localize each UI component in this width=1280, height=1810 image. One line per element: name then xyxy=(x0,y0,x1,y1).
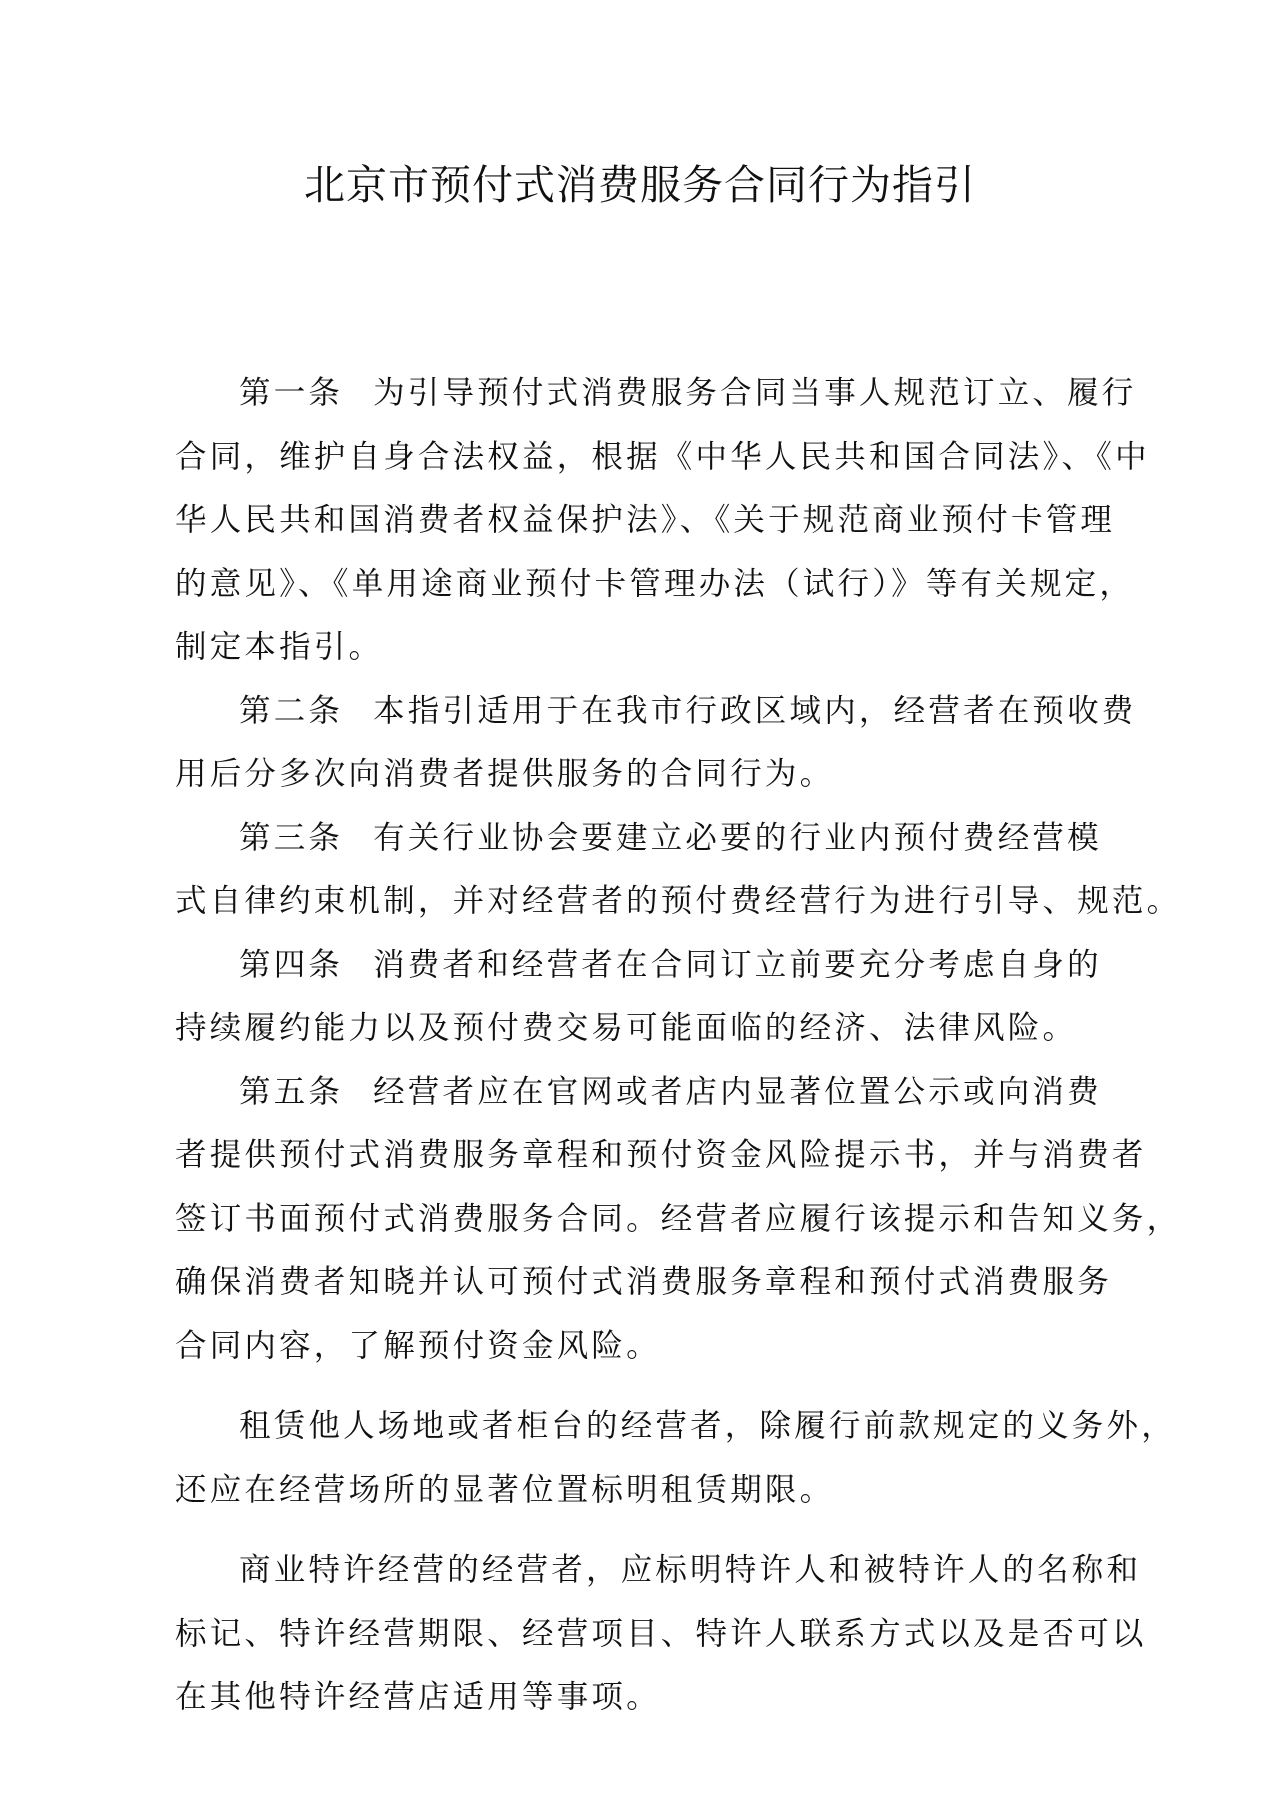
line-text: 有关行业协会要建立必要的行业内预付费经营模 xyxy=(373,820,1102,856)
line-text: 消费者和经营者在合同订立前要充分考虑自身的 xyxy=(373,947,1102,983)
paragraph-line: 的意见》、《单用途商业预付卡管理办法（试行）》等有关规定， xyxy=(175,553,1115,617)
paragraph-line: 合同，维护自身合法权益，根据《中华人民共和国合同法》、《中 xyxy=(175,426,1115,490)
article-label: 第三条 xyxy=(239,820,343,856)
article-label: 第五条 xyxy=(239,1074,343,1110)
article-5: 第五条经营者应在官网或者店内显著位置公示或向消费 者提供预付式消费服务章程和预付… xyxy=(175,1061,1115,1379)
paragraph-line: 确保消费者知晓并认可预付式消费服务章程和预付式消费服务 xyxy=(175,1251,1115,1315)
article-label: 第二条 xyxy=(239,693,343,729)
paragraph-line: 第三条有关行业协会要建立必要的行业内预付费经营模 xyxy=(175,807,1115,871)
paragraph-line: 还应在经营场所的显著位置标明租赁期限。 xyxy=(175,1459,1115,1523)
paragraph-line: 在其他特许经营店适用等事项。 xyxy=(175,1666,1115,1730)
document-title: 北京市预付式消费服务合同行为指引 xyxy=(0,158,1280,212)
article-3: 第三条有关行业协会要建立必要的行业内预付费经营模 式自律约束机制，并对经营者的预… xyxy=(175,807,1115,934)
article-label: 第四条 xyxy=(239,947,343,983)
paragraph-line: 第四条消费者和经营者在合同订立前要充分考虑自身的 xyxy=(175,934,1115,998)
paragraph-line: 制定本指引。 xyxy=(175,616,1115,680)
paragraph-line: 商业特许经营的经营者，应标明特许人和被特许人的名称和 xyxy=(175,1539,1115,1603)
document-body: 第一条为引导预付式消费服务合同当事人规范订立、履行 合同，维护自身合法权益，根据… xyxy=(175,362,1115,1730)
paragraph-line: 第五条经营者应在官网或者店内显著位置公示或向消费 xyxy=(175,1061,1115,1125)
paragraph-line: 式自律约束机制，并对经营者的预付费经营行为进行引导、规范。 xyxy=(175,870,1115,934)
paragraph-line: 持续履约能力以及预付费交易可能面临的经济、法律风险。 xyxy=(175,997,1115,1061)
article-5-clause-2: 租赁他人场地或者柜台的经营者，除履行前款规定的义务外， 还应在经营场所的显著位置… xyxy=(175,1395,1115,1522)
paragraph-line: 标记、特许经营期限、经营项目、特许人联系方式以及是否可以 xyxy=(175,1603,1115,1667)
paragraph-line: 合同内容，了解预付资金风险。 xyxy=(175,1315,1115,1379)
article-2: 第二条本指引适用于在我市行政区域内，经营者在预收费 用后分多次向消费者提供服务的… xyxy=(175,680,1115,807)
line-text: 为引导预付式消费服务合同当事人规范订立、履行 xyxy=(373,375,1136,411)
paragraph-line: 者提供预付式消费服务章程和预付资金风险提示书，并与消费者 xyxy=(175,1124,1115,1188)
paragraph-line: 华人民共和国消费者权益保护法》、《关于规范商业预付卡管理 xyxy=(175,489,1115,553)
line-text: 经营者应在官网或者店内显著位置公示或向消费 xyxy=(373,1074,1102,1110)
article-1: 第一条为引导预付式消费服务合同当事人规范订立、履行 合同，维护自身合法权益，根据… xyxy=(175,362,1115,680)
article-5-clause-3: 商业特许经营的经营者，应标明特许人和被特许人的名称和 标记、特许经营期限、经营项… xyxy=(175,1539,1115,1730)
article-label: 第一条 xyxy=(239,375,343,411)
article-4: 第四条消费者和经营者在合同订立前要充分考虑自身的 持续履约能力以及预付费交易可能… xyxy=(175,934,1115,1061)
line-text: 本指引适用于在我市行政区域内，经营者在预收费 xyxy=(373,693,1136,729)
paragraph-line: 租赁他人场地或者柜台的经营者，除履行前款规定的义务外， xyxy=(175,1395,1115,1459)
paragraph-line: 第二条本指引适用于在我市行政区域内，经营者在预收费 xyxy=(175,680,1115,744)
document-page: 北京市预付式消费服务合同行为指引 第一条为引导预付式消费服务合同当事人规范订立、… xyxy=(0,0,1280,1810)
paragraph-line: 用后分多次向消费者提供服务的合同行为。 xyxy=(175,743,1115,807)
paragraph-line: 签订书面预付式消费服务合同。经营者应履行该提示和告知义务， xyxy=(175,1188,1115,1252)
paragraph-line: 第一条为引导预付式消费服务合同当事人规范订立、履行 xyxy=(175,362,1115,426)
